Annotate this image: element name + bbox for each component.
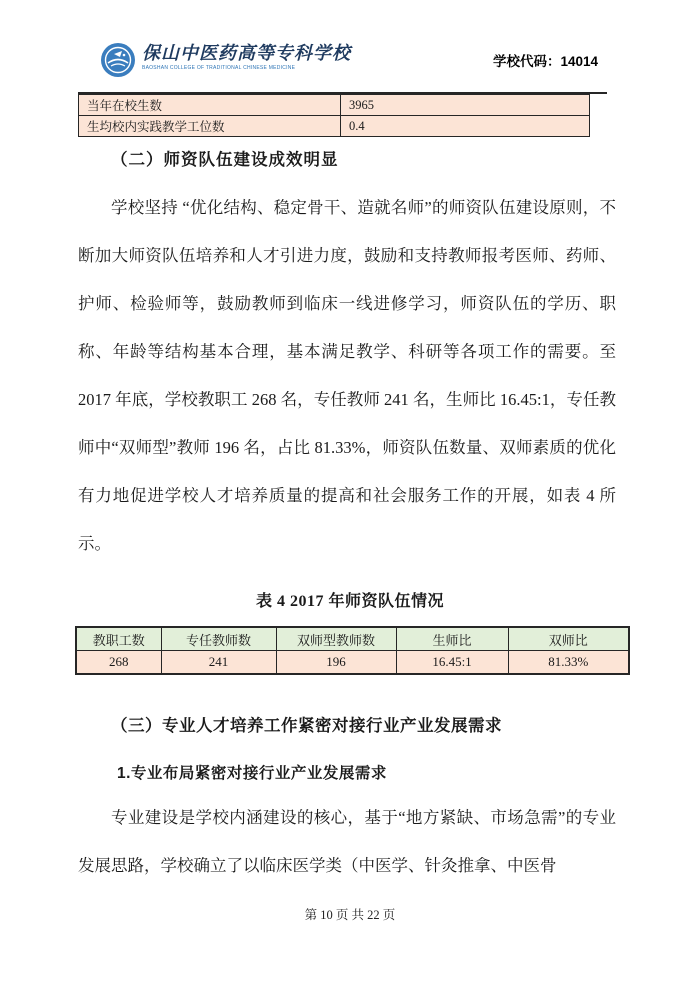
cell-value: 268 xyxy=(76,651,161,675)
table4-caption: 表 4 2017 年师资队伍情况 xyxy=(0,590,700,614)
stat-label: 生均校内实践教学工位数 xyxy=(79,116,341,137)
cell-value: 81.33% xyxy=(508,651,629,675)
table-row: 生均校内实践教学工位数 0.4 xyxy=(79,116,590,137)
stat-value: 0.4 xyxy=(341,116,590,137)
school-logo: 保山中医药高等专科学校 BAOSHAN COLLEGE OF TRADITION… xyxy=(100,42,351,78)
cell-value: 196 xyxy=(276,651,396,675)
table-header-row: 教职工数 专任教师数 双师型教师数 生师比 双师比 xyxy=(76,627,629,651)
cell-value: 241 xyxy=(161,651,276,675)
column-header: 生师比 xyxy=(396,627,508,651)
paragraph-majors: 专业建设是学校内涵建设的核心，基于“地方紧缺、市场急需”的专业发展思路，学校确立… xyxy=(78,794,616,890)
faculty-table: 教职工数 专任教师数 双师型教师数 生师比 双师比 268 241 196 16… xyxy=(75,626,630,675)
column-header: 双师型教师数 xyxy=(276,627,396,651)
stat-label: 当年在校生数 xyxy=(79,95,341,116)
school-name-cn: 保山中医药高等专科学校 xyxy=(142,44,351,64)
column-header: 双师比 xyxy=(508,627,629,651)
school-logo-text: 保山中医药高等专科学校 BAOSHAN COLLEGE OF TRADITION… xyxy=(142,42,351,71)
subsection-heading-1: 1.专业布局紧密对接行业产业发展需求 xyxy=(78,762,622,786)
section-heading-2: （二）师资队伍建设成效明显 xyxy=(78,148,622,172)
school-logo-icon xyxy=(100,42,136,78)
school-code-label: 学校代码：14014 xyxy=(493,50,598,70)
column-header: 专任教师数 xyxy=(161,627,276,651)
stat-value: 3965 xyxy=(341,95,590,116)
table-row: 268 241 196 16.45:1 81.33% xyxy=(76,651,629,675)
section-heading-3: （三）专业人才培养工作紧密对接行业产业发展需求 xyxy=(78,714,638,738)
paragraph-faculty: 学校坚持 “优化结构、稳定骨干、造就名师”的师资队伍建设原则，不断加大师资队伍培… xyxy=(78,184,616,568)
cell-value: 16.45:1 xyxy=(396,651,508,675)
column-header: 教职工数 xyxy=(76,627,161,651)
document-page: 保山中医药高等专科学校 BAOSHAN COLLEGE OF TRADITION… xyxy=(0,0,700,990)
page-number: 第 10 页 共 22 页 xyxy=(0,905,700,923)
school-name-en: BAOSHAN COLLEGE OF TRADITIONAL CHINESE M… xyxy=(142,66,351,72)
enrollment-stats-table: 当年在校生数 3965 生均校内实践教学工位数 0.4 xyxy=(78,94,590,137)
table-row: 当年在校生数 3965 xyxy=(79,95,590,116)
